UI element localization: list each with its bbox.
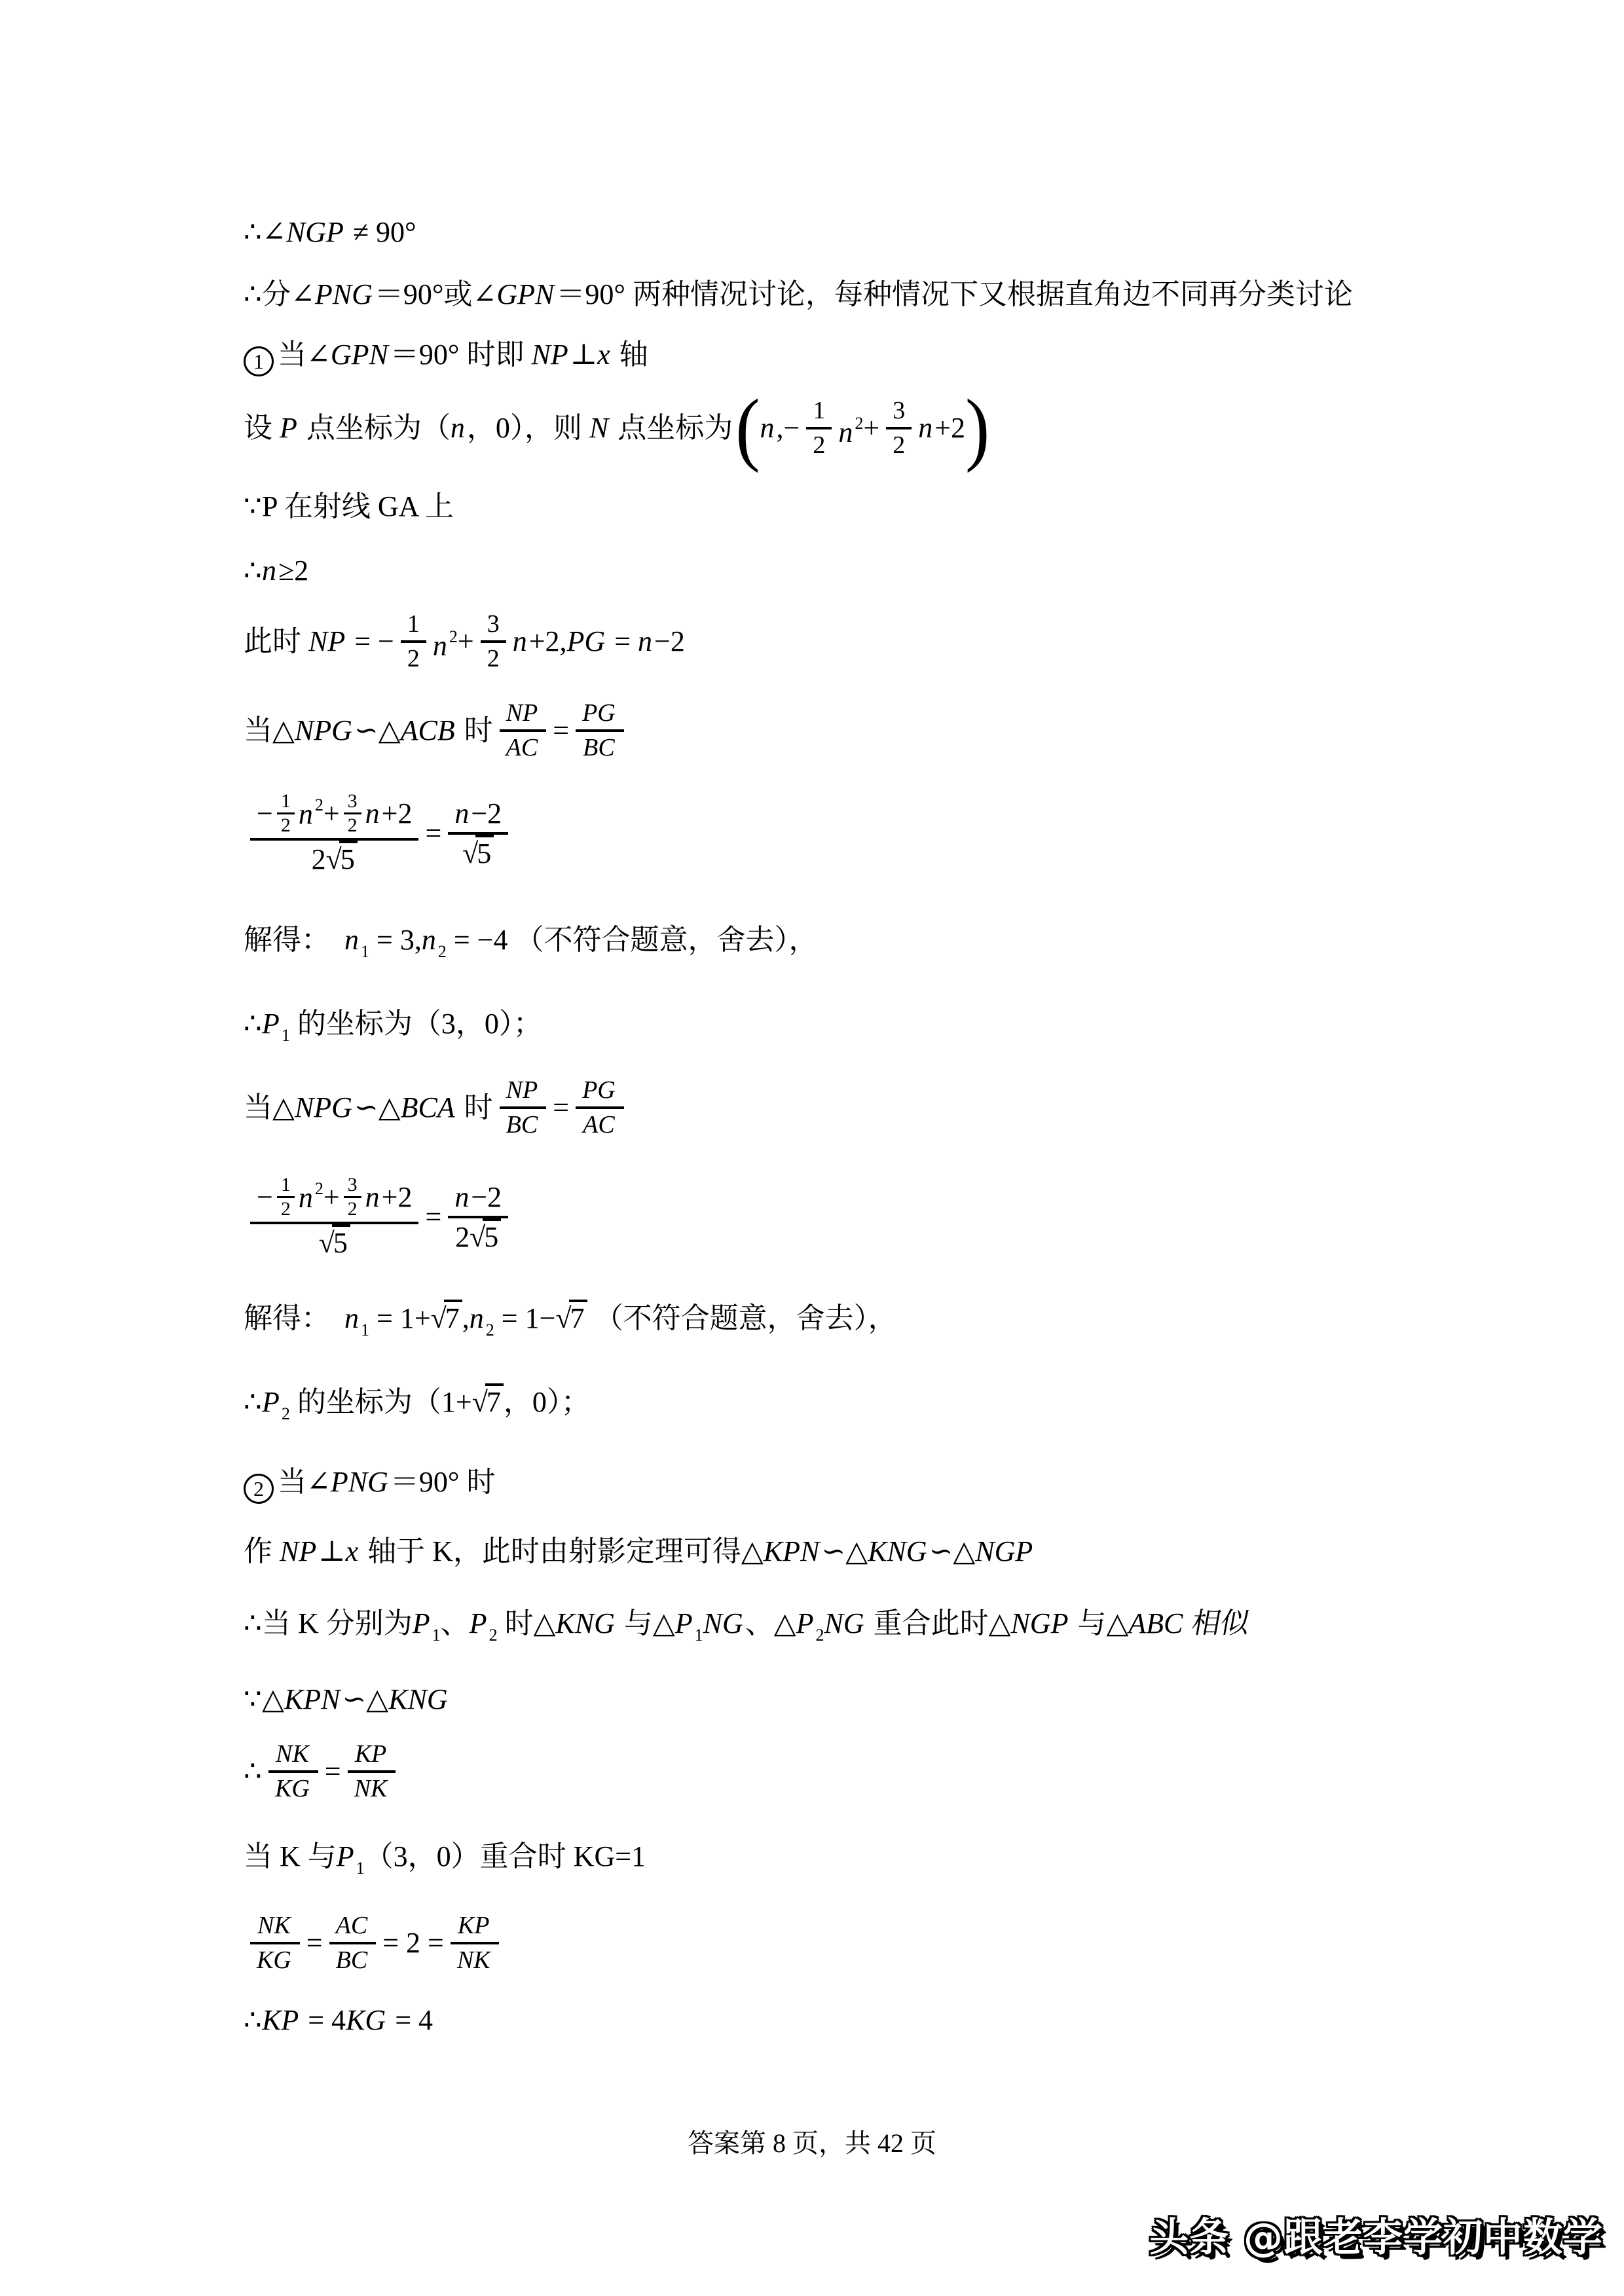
right-paren: ): [965, 387, 989, 469]
subscript: 1: [361, 1321, 369, 1339]
text-run: 3: [487, 609, 500, 640]
math-variable: P: [470, 1607, 489, 1639]
fraction-denominator: 2√5: [250, 841, 418, 878]
solution-line-15: ∴P2 的坐标为（1+√7，0）；: [244, 1383, 590, 1434]
math-variable: n: [365, 795, 382, 831]
fraction-numerator: 3: [344, 790, 361, 815]
subscript: 2: [282, 1404, 290, 1423]
fraction-denominator: NK: [451, 1944, 499, 1977]
math-variable: NK: [276, 1739, 311, 1770]
answer-page: ∴∠NGP ≠ 90° ∴分∠PNG＝90°或∠GPN＝90° 两种情况讨论，每…: [0, 0, 1624, 2296]
fraction-denominator: AC: [576, 1109, 624, 1142]
text-run: ＝90° 时即: [390, 338, 532, 371]
text-run: 的坐标为（1+: [290, 1386, 472, 1418]
subscripted-variable: n2: [422, 924, 447, 956]
math-variable: n: [638, 622, 654, 661]
math-variable: NP: [280, 1535, 318, 1567]
text-run: 3: [893, 395, 905, 427]
text-run: 2: [893, 430, 905, 462]
radicand: 5: [475, 835, 494, 869]
text-run: 与△: [617, 1607, 675, 1639]
radicand: 5: [332, 1224, 350, 1259]
page-footer: 答案第 8 页，共 42 页: [0, 2125, 1624, 2162]
text-run: +: [458, 622, 474, 661]
fraction-denominator: 2: [344, 1198, 361, 1221]
text-run: 2: [348, 814, 358, 837]
sqrt-expression: √5: [319, 1225, 350, 1261]
math-variable: N: [589, 409, 610, 448]
math-variable: NK: [257, 1910, 293, 1942]
math-variable: P: [796, 1607, 816, 1639]
math-variable: KG: [346, 2004, 388, 2036]
fraction-numerator: PG: [576, 697, 624, 733]
text-run: −2: [471, 795, 502, 831]
text-run: 当△: [244, 1088, 295, 1127]
subscript: 1: [432, 1626, 441, 1645]
fraction-denominator: 2: [277, 814, 295, 837]
solution-line-03: 1当∠GPN＝90° 时即 NP⊥x 轴: [244, 335, 648, 376]
math-variable: KP: [458, 1910, 492, 1942]
fraction-numerator: n−2: [448, 1178, 508, 1218]
text-run: ，0）；: [504, 1386, 590, 1418]
fraction: −12n2+32n+2√5: [250, 1173, 418, 1262]
math-variable: NP: [506, 698, 540, 729]
solution-line-16: 2当∠PNG＝90° 时: [244, 1463, 495, 1504]
text-run: ∽△: [342, 1683, 388, 1715]
text-run: ＝90° 两种情况讨论，每种情况下又根据直角边不同再分类讨论: [556, 278, 1353, 310]
subscript: 1: [361, 942, 369, 961]
text-run: ,−: [777, 409, 800, 448]
fraction-numerator: 3: [344, 1174, 361, 1199]
fraction: NKKG: [268, 1738, 318, 1806]
sqrt-expression: √7: [555, 1302, 587, 1334]
fraction: NPBC: [500, 1074, 547, 1142]
solution-line-10: 解得： n1 = 3,n2 = −4 （不符合题意，舍去），: [244, 920, 817, 972]
math-variable: KNG: [868, 1535, 929, 1567]
fraction-denominator: AC: [500, 732, 547, 765]
math-variable: KNG: [555, 1607, 616, 1639]
math-variable: n: [299, 1182, 315, 1214]
circled-number: 1: [244, 346, 274, 376]
text-run: ∵P 在射线 GA 上: [244, 490, 454, 522]
solution-line-23: ∴KP = 4KG = 4: [244, 2001, 433, 2040]
fraction-numerator: KP: [451, 1910, 499, 1945]
fraction: KPNK: [348, 1738, 396, 1806]
paren-group: (n,−12n2+32n+2): [735, 392, 989, 465]
math-variable: n: [344, 924, 361, 956]
watermark: 头条 @跟老李学初中数学: [1149, 2214, 1603, 2261]
math-variable: n: [513, 622, 529, 661]
text-run: 轴: [612, 338, 648, 371]
math-variable: NK: [354, 1774, 390, 1805]
text-run: = 3,: [369, 924, 422, 956]
solution-line-22: NKKG=ACBC= 2 =KPNK: [244, 1908, 506, 1978]
fraction: PGAC: [576, 1074, 624, 1142]
math-variable: NPG: [295, 1088, 354, 1127]
text-run: 解得：: [244, 1302, 344, 1334]
text-run: 点坐标为: [610, 409, 733, 448]
fraction-denominator: BC: [576, 732, 624, 765]
text-run: −2: [654, 622, 685, 661]
subscript: 1: [695, 1626, 703, 1645]
math-variable: n: [262, 555, 278, 587]
text-run: ≠ 90°: [346, 216, 416, 248]
math-variable: NG: [703, 1607, 745, 1639]
math-variable: KNG: [388, 1683, 449, 1715]
math-variable: AC: [336, 1910, 370, 1942]
math-variable: n: [470, 1302, 486, 1334]
math-variable: PNG: [331, 1466, 390, 1498]
solution-line-02: ∴分∠PNG＝90°或∠GPN＝90° 两种情况讨论，每种情况下又根据直角边不同…: [244, 275, 1353, 314]
subscripted-variable: n2: [470, 1302, 494, 1334]
solution-line-19: ∵△KPN∽△KNG: [244, 1680, 450, 1719]
text-run: 2: [281, 814, 291, 837]
text-run: ＝90° 时: [390, 1466, 496, 1498]
text-run: ∽△: [354, 711, 401, 750]
text-run: = 1−: [494, 1302, 556, 1334]
subscripted-variable: P1: [675, 1607, 703, 1639]
math-variable: P: [337, 1840, 356, 1872]
fraction-denominator: 2: [806, 429, 832, 462]
fraction: n−2√5: [448, 795, 508, 872]
text-run: ∴: [244, 2004, 262, 2036]
superscript: 2: [449, 627, 458, 646]
solution-line-05: ∵P 在射线 GA 上: [244, 487, 454, 526]
math-variable: KP: [355, 1739, 389, 1770]
math-variable: NP: [506, 1075, 540, 1106]
text-run: （不符合题意，舍去），: [587, 1302, 897, 1334]
math-variable: KG: [275, 1774, 312, 1805]
fraction-numerator: 3: [481, 608, 506, 644]
text-run: ⊥: [570, 338, 597, 371]
fraction: NPAC: [500, 697, 547, 765]
sqrt-expression: √7: [472, 1386, 504, 1418]
subscripted-variable: P2: [470, 1607, 498, 1639]
text-run: = −: [347, 622, 394, 661]
left-paren: (: [735, 387, 760, 469]
math-variable: n: [454, 1179, 471, 1215]
math-variable: AC: [506, 733, 540, 764]
text-run: 解得：: [244, 924, 344, 956]
text-run: +2: [382, 1179, 413, 1215]
math-variable: n: [454, 795, 471, 831]
fraction-denominator: √5: [448, 835, 508, 872]
text-run: （3，0）重合时 KG=1: [365, 1840, 646, 1872]
text-run: +: [323, 795, 340, 831]
superscript: 2: [315, 795, 323, 814]
math-variable: NK: [457, 1945, 492, 1977]
fraction-numerator: NP: [500, 1074, 547, 1110]
fraction-denominator: √5: [250, 1224, 418, 1262]
math-variable: BC: [583, 733, 617, 764]
text-run: ⊥: [318, 1535, 345, 1567]
math-variable: P: [413, 1607, 432, 1639]
text-run: 与△: [1070, 1607, 1128, 1639]
fraction-denominator: 2: [401, 643, 426, 676]
text-run: 1: [407, 609, 420, 640]
math-variable: GPN: [496, 278, 556, 310]
sqrt-expression: √7: [431, 1302, 462, 1334]
text-run: =: [607, 622, 638, 661]
math-variable: KPN: [284, 1683, 342, 1715]
text-run: 2: [281, 1198, 291, 1221]
fraction-numerator: −12n2+32n+2: [250, 1173, 418, 1224]
superscripted-variable: n2: [299, 795, 323, 832]
text-run: +: [323, 1179, 340, 1215]
fraction-numerator: 1: [401, 608, 426, 644]
fraction-denominator: NK: [348, 1773, 396, 1806]
text-run: 重合此时△: [866, 1607, 1011, 1639]
text-run: 时: [457, 1088, 493, 1127]
math-variable: NP: [308, 622, 347, 661]
circled-number: 2: [244, 1474, 274, 1504]
fraction-denominator: 2: [277, 1198, 295, 1221]
text-run: ＝90°或∠: [375, 278, 496, 310]
text-run: =: [306, 1923, 323, 1963]
math-variable: BC: [336, 1945, 370, 1977]
fraction-denominator: KG: [268, 1773, 318, 1806]
solution-line-18: ∴当 K 分别为P1、P2 时△KNG 与△P1NG、△P2NG 重合此时△NG…: [244, 1604, 1249, 1655]
text-run: =: [553, 1088, 569, 1127]
text-run: ∴∠: [244, 216, 286, 248]
solution-line-11: ∴P1 的坐标为（3，0）；: [244, 1004, 542, 1055]
math-variable: BC: [506, 1110, 540, 1141]
fraction: n−22√5: [448, 1178, 508, 1256]
text-run: −: [257, 795, 273, 831]
superscripted-variable: n2: [299, 1178, 323, 1216]
subscript: 1: [356, 1859, 365, 1878]
text-run: 作: [244, 1535, 280, 1567]
math-variable: n: [918, 409, 934, 448]
text-run: ∴: [244, 1752, 262, 1791]
text-run: 2: [348, 1198, 358, 1221]
subscripted-variable: P1: [337, 1840, 365, 1872]
fraction: 32: [886, 395, 912, 462]
text-run: = 2 =: [382, 1923, 444, 1963]
fraction-numerator: NP: [500, 697, 547, 733]
subscript: 2: [489, 1626, 498, 1645]
fraction: 12: [277, 790, 295, 837]
math-variable: AC: [583, 1110, 617, 1141]
subscript: 1: [282, 1026, 290, 1045]
text-run: +2,: [529, 622, 567, 661]
text-run: 、: [441, 1607, 470, 1639]
solution-line-14: 解得： n1 = 1+√7,n2 = 1−√7 （不符合题意，舍去），: [244, 1299, 897, 1350]
math-variable: n: [344, 1302, 361, 1334]
subscripted-variable: n1: [344, 1302, 369, 1334]
text-run: 的坐标为（3，0）；: [290, 1008, 542, 1040]
math-variable: PG: [567, 622, 608, 661]
fraction: PGBC: [576, 697, 624, 765]
text-run: ∵△: [244, 1683, 284, 1715]
text-run: 1: [281, 1174, 291, 1197]
text-run: =: [553, 711, 569, 750]
subscripted-variable: P1: [413, 1607, 441, 1639]
fraction-numerator: AC: [329, 1910, 377, 1945]
text-run: ∴: [244, 1386, 262, 1418]
fraction-numerator: 3: [886, 395, 912, 430]
superscripted-variable: n2: [838, 404, 863, 452]
fraction-denominator: 2: [886, 429, 912, 462]
text-run: = 4: [388, 2004, 433, 2036]
text-run: ∴分∠: [244, 278, 315, 310]
math-variable: NPG: [295, 711, 354, 750]
text-run: 当∠: [278, 1466, 331, 1498]
subscripted-variable: n1: [344, 924, 369, 956]
text-run: 时: [457, 711, 493, 750]
math-variable: NP: [531, 338, 570, 371]
math-variable: n: [433, 630, 449, 662]
italic-text: 相似: [1189, 1604, 1253, 1643]
text-run: = −4 （不符合题意，舍去），: [447, 924, 818, 956]
text-run: ∽△: [354, 1088, 401, 1127]
text-run: +: [863, 409, 879, 448]
text-run: ∽△: [929, 1535, 976, 1567]
math-variable: n: [422, 924, 438, 956]
math-variable: PNG: [315, 278, 375, 310]
fraction-numerator: −12n2+32n+2: [250, 790, 418, 841]
text-run: 2: [487, 644, 500, 675]
subscript: 2: [438, 942, 447, 961]
fraction-numerator: 1: [806, 395, 832, 430]
text-run: 1: [281, 790, 291, 813]
text-run: 当△: [244, 711, 295, 750]
text-run: −: [257, 1179, 273, 1215]
fraction: 12: [806, 395, 832, 462]
fraction-denominator: 2: [344, 814, 361, 837]
paren-body: n,−12n2+32n+2: [760, 395, 965, 462]
fraction-denominator: 2: [481, 643, 506, 676]
subscript: 2: [486, 1321, 494, 1339]
fraction-numerator: 1: [277, 790, 295, 815]
fraction-numerator: PG: [576, 1074, 624, 1110]
text-run: ∴当 K 分别为: [244, 1607, 413, 1639]
math-variable: KPN: [764, 1535, 822, 1567]
math-variable: n: [365, 1179, 382, 1215]
solution-line-01: ∴∠NGP ≠ 90°: [244, 213, 416, 252]
superscript: 2: [855, 414, 863, 433]
solution-line-17: 作 NP⊥x 轴于 K，此时由射影定理可得△KPN∽△KNG∽△NGP: [244, 1532, 1035, 1571]
fraction: 32: [344, 790, 361, 837]
math-variable: P: [675, 1607, 695, 1639]
text-run: 此时: [244, 622, 308, 661]
sqrt-expression: √5: [462, 835, 494, 871]
fraction: 32: [481, 608, 506, 676]
math-variable: BCA: [401, 1088, 457, 1127]
math-variable: x: [597, 338, 612, 371]
fraction-numerator: n−2: [448, 795, 508, 835]
math-variable: x: [346, 1535, 361, 1567]
text-run: 当 K 与: [244, 1840, 337, 1872]
fraction-numerator: 1: [277, 1174, 295, 1199]
text-run: 3: [348, 790, 358, 813]
fraction-denominator: 2√5: [448, 1218, 508, 1256]
fraction: ACBC: [329, 1910, 377, 1977]
subscript: 2: [815, 1626, 824, 1645]
text-run: 时△: [498, 1607, 556, 1639]
text-run: = 1+: [369, 1302, 431, 1334]
math-variable: NGP: [1010, 1607, 1070, 1639]
math-variable: KG: [257, 1945, 293, 1977]
fraction-denominator: BC: [329, 1944, 377, 1977]
solution-line-07: 此时 NP = −12n2+32n+2,PG = n−2: [244, 608, 685, 676]
math-variable: n: [760, 409, 777, 448]
radicand: 7: [485, 1383, 504, 1418]
radicand: 7: [444, 1300, 462, 1334]
text-run: 轴于 K，此时由射影定理可得△: [360, 1535, 764, 1567]
text-run: 、△: [745, 1607, 796, 1639]
text-run: ,: [462, 1302, 470, 1334]
text-run: 当∠: [278, 338, 331, 371]
text-run: =: [425, 1197, 441, 1237]
text-run: −2: [471, 1179, 502, 1215]
solution-line-06: ∴n≥2: [244, 551, 308, 591]
solution-line-04: 设 P 点坐标为（n，0），则 N 点坐标为(n,−12n2+32n+2): [244, 390, 989, 466]
fraction-denominator: BC: [500, 1109, 547, 1142]
math-variable: KP: [262, 2004, 301, 2036]
text-run: 2: [455, 1219, 470, 1255]
text-run: ∴: [244, 555, 262, 587]
subscripted-variable: P1: [262, 1008, 290, 1040]
math-variable: P: [262, 1386, 282, 1418]
subscripted-variable: P2: [262, 1386, 290, 1418]
text-run: 2: [312, 841, 326, 877]
text-run: 3: [348, 1174, 358, 1197]
text-run: 设: [244, 409, 280, 448]
superscript: 2: [315, 1179, 323, 1198]
text-run: +2: [934, 409, 965, 448]
solution-line-09: −12n2+32n+22√5=n−2√5: [244, 780, 515, 886]
radicand: 5: [483, 1218, 501, 1253]
sqrt-expression: √5: [326, 841, 358, 877]
math-variable: PG: [582, 1075, 618, 1106]
math-variable: P: [280, 409, 299, 448]
text-run: 2: [407, 644, 420, 675]
text-run: ，0），则: [467, 409, 589, 448]
text-run: ≥2: [278, 555, 308, 587]
fraction-numerator: NK: [268, 1738, 318, 1774]
text-run: 2: [813, 430, 825, 462]
math-variable: n: [838, 416, 855, 448]
text-run: +2: [382, 795, 413, 831]
solution-line-12: 当△NPG∽△BCA 时NPBC=PGAC: [244, 1072, 631, 1143]
fraction: KPNK: [451, 1910, 499, 1977]
subscripted-variable: P2: [796, 1607, 824, 1639]
fraction: 12: [401, 608, 426, 676]
math-variable: n: [451, 409, 467, 448]
text-run: =: [425, 814, 441, 853]
fraction: 12: [277, 1174, 295, 1221]
solution-line-08: 当△NPG∽△ACB 时NPAC=PGBC: [244, 695, 631, 766]
math-variable: GPN: [331, 338, 390, 371]
math-variable: n: [299, 798, 315, 830]
math-variable: ACB: [401, 711, 457, 750]
math-variable: NGP: [975, 1535, 1035, 1567]
superscripted-variable: n2: [433, 617, 458, 666]
math-variable: PG: [582, 698, 618, 729]
math-variable: NG: [824, 1607, 866, 1639]
fraction: NKKG: [250, 1910, 300, 1977]
solution-line-21: 当 K 与P1（3，0）重合时 KG=1: [244, 1837, 646, 1888]
fraction-denominator: KG: [250, 1944, 300, 1977]
text-run: 1: [813, 395, 825, 427]
fraction-numerator: KP: [348, 1738, 396, 1774]
math-variable: NGP: [286, 216, 346, 248]
fraction: 32: [344, 1174, 361, 1221]
fraction: −12n2+32n+22√5: [250, 790, 418, 878]
radicand: 7: [569, 1300, 587, 1334]
text-run: 点坐标为（: [299, 409, 451, 448]
